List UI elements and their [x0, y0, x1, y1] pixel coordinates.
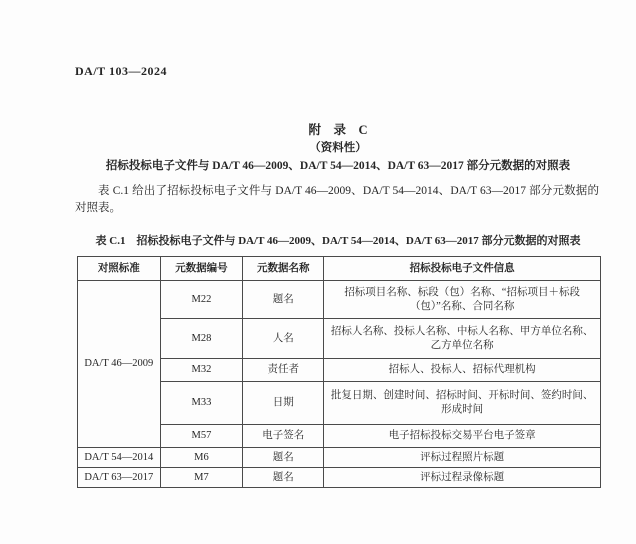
intro-paragraph: 表 C.1 给出了招标投标电子文件与 DA/T 46—2009、DA/T 54—…	[75, 183, 599, 217]
appendix-note: （资料性）	[76, 139, 600, 155]
code-cell: M32	[160, 359, 243, 382]
name-cell: 题名	[243, 468, 324, 488]
table-row: DA/T 46—2009 M22 题名 招标项目名称、标段（包）名称、“招标项目…	[78, 281, 601, 319]
name-cell: 责任者	[243, 359, 324, 382]
column-header-code: 元数据编号	[160, 257, 243, 281]
name-cell: 人名	[243, 319, 324, 359]
info-cell: 招标人、投标人、招标代理机构	[324, 359, 601, 382]
table-caption: 表 C.1 招标投标电子文件与 DA/T 46—2009、DA/T 54—201…	[66, 232, 610, 248]
code-cell: M7	[160, 468, 243, 488]
appendix-heading: 附 录 C	[76, 120, 600, 138]
name-cell: 日期	[243, 382, 324, 425]
code-cell: M28	[160, 319, 243, 359]
info-cell: 招标项目名称、标段（包）名称、“招标项目＋标段（包）”名称、合同名称	[324, 281, 601, 319]
info-cell: 评标过程照片标题	[324, 448, 601, 468]
column-header-info: 招标投标电子文件信息	[324, 257, 601, 281]
info-cell: 批复日期、创建时间、招标时间、开标时间、签约时间、形成时间	[324, 382, 601, 425]
standard-cell: DA/T 54—2014	[78, 448, 161, 468]
info-cell: 评标过程录像标题	[324, 468, 601, 488]
name-cell: 题名	[243, 281, 324, 319]
appendix-title: 招标投标电子文件与 DA/T 46—2009、DA/T 54—2014、DA/T…	[66, 157, 610, 173]
info-cell: 招标人名称、投标人名称、中标人名称、甲方单位名称、乙方单位名称	[324, 319, 601, 359]
table-header-row: 对照标准 元数据编号 元数据名称 招标投标电子文件信息	[78, 257, 601, 281]
code-cell: M6	[160, 448, 243, 468]
info-cell: 电子招标投标交易平台电子签章	[324, 425, 601, 448]
column-header-standard: 对照标准	[78, 257, 161, 281]
name-cell: 电子签名	[243, 425, 324, 448]
name-cell: 题名	[243, 448, 324, 468]
code-cell: M22	[160, 281, 243, 319]
table-row: DA/T 63—2017 M7 题名 评标过程录像标题	[78, 468, 601, 488]
standard-cell: DA/T 46—2009	[78, 281, 161, 448]
document-page: DA/T 103—2024 附 录 C （资料性） 招标投标电子文件与 DA/T…	[0, 0, 636, 544]
column-header-name: 元数据名称	[243, 257, 324, 281]
metadata-comparison-table: 对照标准 元数据编号 元数据名称 招标投标电子文件信息 DA/T 46—2009…	[77, 256, 601, 488]
table-row: DA/T 54—2014 M6 题名 评标过程照片标题	[78, 448, 601, 468]
standard-number: DA/T 103—2024	[75, 64, 167, 79]
code-cell: M57	[160, 425, 243, 448]
standard-cell: DA/T 63—2017	[78, 468, 161, 488]
code-cell: M33	[160, 382, 243, 425]
